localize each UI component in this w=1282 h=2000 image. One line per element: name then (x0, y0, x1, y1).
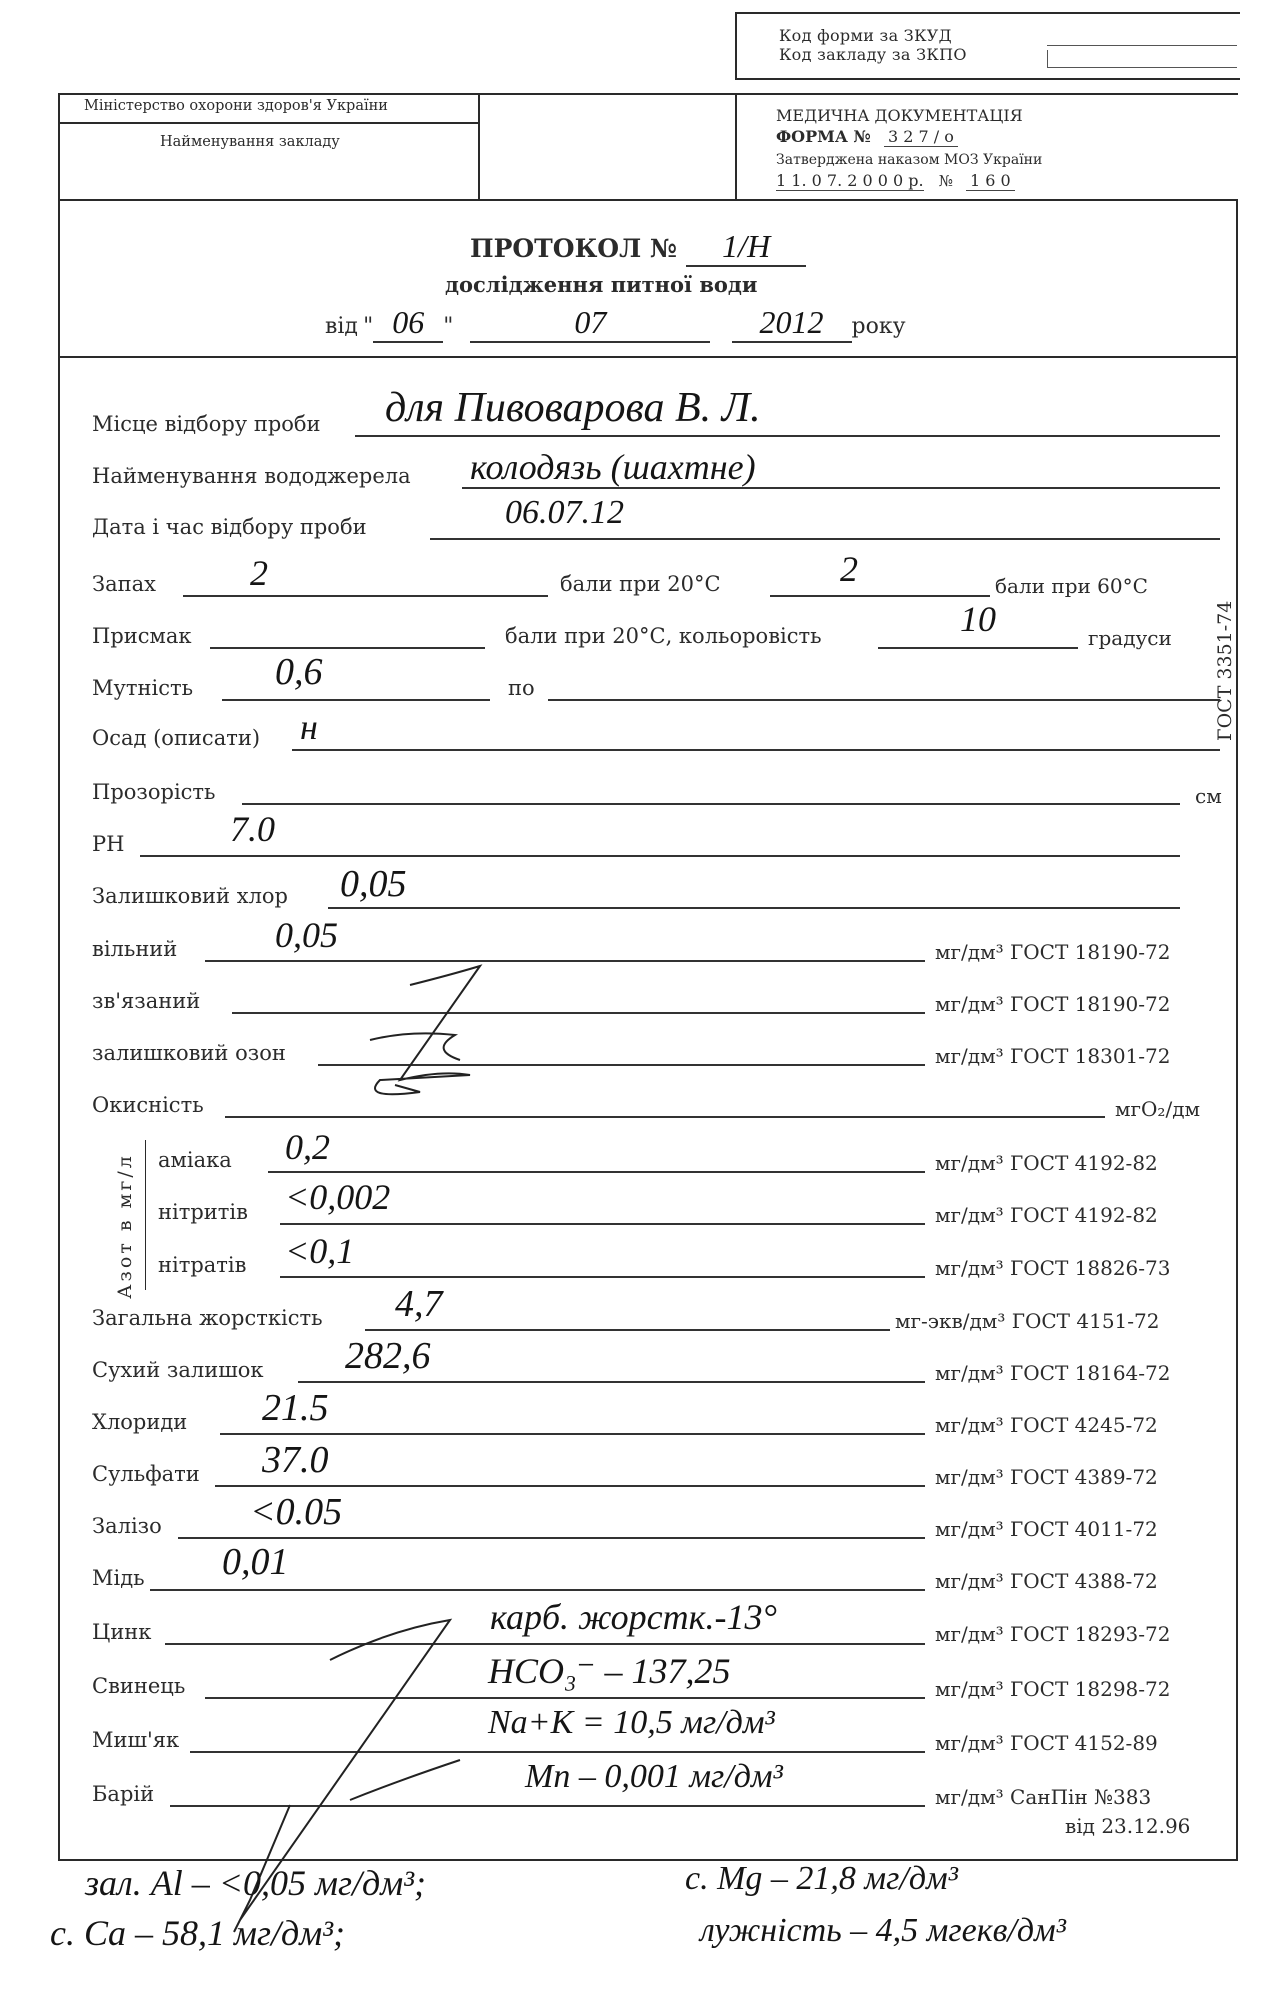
note-line2-left: с. Ca – 58,1 мг/дм³; (50, 1912, 345, 1954)
order-number-label: № (939, 172, 953, 190)
order-number: 1 6 0 (966, 171, 1015, 191)
sampling-datetime-label: Дата і час відбору проби (92, 515, 367, 539)
nitrites-unit: мг/дм³ ГОСТ 4192-82 (935, 1203, 1158, 1227)
transparency-unit: см (1195, 784, 1222, 808)
chlorides-unit: мг/дм³ ГОСТ 4245-72 (935, 1413, 1158, 1437)
approved-by-label: Затверджена наказом МОЗ України (776, 152, 1042, 168)
lead-unit: мг/дм³ ГОСТ 18298-72 (935, 1677, 1171, 1701)
ph-line[interactable] (140, 855, 1180, 857)
ministry-divider (58, 122, 480, 124)
barium-unit: мг/дм³ СанПін №383 (935, 1785, 1151, 1809)
color-line[interactable] (878, 647, 1078, 649)
sampling-place-label: Місце відбору проби (92, 412, 321, 436)
odor-20-unit: бали при 20°С (560, 572, 721, 596)
odor-20-line[interactable] (183, 595, 548, 597)
taste-line[interactable] (210, 647, 485, 649)
bound-chlorine-unit: мг/дм³ ГОСТ 18190-72 (935, 992, 1171, 1016)
protocol-day[interactable]: 06 (373, 304, 443, 343)
total-hardness-unit: мг-экв/дм³ ГОСТ 4151-72 (895, 1309, 1159, 1333)
med-doc-title: МЕДИЧНА ДОКУМЕНТАЦІЯ (776, 106, 1023, 125)
chlorides-label: Хлориди (92, 1410, 187, 1434)
form-number-value: 3 2 7 / о (884, 127, 958, 147)
nitrites-value: <0,002 (285, 1176, 390, 1218)
form-number-row: ФОРМА № 3 2 7 / о (776, 127, 958, 146)
institution-code-label: Код закладу за ЗКПО (779, 45, 967, 64)
lead-label: Свинець (92, 1674, 185, 1698)
barium-value: Mn – 0,001 мг/дм³ (525, 1758, 783, 1796)
quote-open: " (363, 314, 373, 339)
date-prefix: від (325, 314, 358, 339)
arsenic-value: Na+K = 10,5 мг/дм³ (488, 1704, 775, 1742)
turbidity-by-label: по (508, 676, 535, 700)
sulfates-unit: мг/дм³ ГОСТ 4389-72 (935, 1465, 1158, 1489)
nitrites-label: нітритів (158, 1200, 248, 1224)
odor-60-unit: бали при 60°С (995, 574, 1148, 598)
note-line1-right: с. Mg – 21,8 мг/дм³ (685, 1860, 958, 1898)
protocol-year[interactable]: 2012 (732, 304, 852, 343)
bound-chlorine-label: зв'язаний (92, 989, 200, 1013)
zinc-unit: мг/дм³ ГОСТ 18293-72 (935, 1622, 1171, 1646)
copper-unit: мг/дм³ ГОСТ 4388-72 (935, 1569, 1158, 1593)
odor-60-line[interactable] (770, 595, 990, 597)
odor-60-value: 2 (840, 548, 858, 590)
sampling-place-value: для Пивоварова В. Л. (385, 384, 761, 432)
nitrites-line[interactable] (280, 1223, 925, 1225)
copper-line[interactable] (150, 1589, 925, 1591)
frame-right-edge (1236, 200, 1238, 1861)
ph-label: РН (92, 832, 124, 856)
zinc-label: Цинк (92, 1620, 151, 1644)
residual-ozone-line[interactable] (318, 1064, 925, 1066)
sediment-line[interactable] (292, 749, 1220, 751)
ammonia-label: аміака (158, 1148, 232, 1172)
total-hardness-label: Загальна жорсткість (92, 1306, 323, 1330)
residual-chlorine-line[interactable] (328, 907, 1180, 909)
protocol-subtitle: дослідження питної води (445, 272, 758, 297)
oxidability-unit: мгО₂/дм (1115, 1097, 1200, 1121)
transparency-line[interactable] (242, 803, 1180, 805)
free-chlorine-unit: мг/дм³ ГОСТ 18190-72 (935, 940, 1171, 964)
turbidity-value: 0,6 (275, 650, 323, 694)
approved-date: 1 1. 0 7. 2 0 0 0 р. (776, 171, 924, 191)
dry-residue-label: Сухий залишок (92, 1358, 264, 1382)
sulfates-line[interactable] (215, 1485, 925, 1487)
residual-chlorine-value: 0,05 (340, 862, 407, 906)
nitrates-line[interactable] (280, 1276, 925, 1278)
iron-label: Залізо (92, 1514, 162, 1538)
protocol-title-row: ПРОТОКОЛ № 1/Н (470, 228, 806, 267)
sediment-label: Осад (описати) (92, 726, 260, 750)
taste-unit: бали при 20°С, кольоровість (505, 624, 822, 648)
odor-label: Запах (92, 572, 156, 596)
note-line2-right: лужність – 4,5 мгекв/дм³ (700, 1912, 1066, 1950)
turbidity-line[interactable] (222, 699, 490, 701)
sulfates-label: Сульфати (92, 1462, 200, 1486)
approved-date-row: 1 1. 0 7. 2 0 0 0 р. № 1 6 0 (776, 171, 1015, 190)
copper-label: Мідь (92, 1566, 145, 1590)
quote-close: " (443, 314, 453, 339)
bound-chlorine-line[interactable] (232, 1012, 925, 1014)
year-suffix: року (852, 314, 906, 339)
color-unit: градуси (1088, 626, 1172, 650)
institution-code-cells[interactable] (1047, 50, 1237, 68)
color-value: 10 (960, 598, 996, 640)
nitrates-unit: мг/дм³ ГОСТ 18826-73 (935, 1256, 1171, 1280)
ministry-name: Міністерство охорони здоров'я України (84, 98, 388, 114)
dry-residue-unit: мг/дм³ ГОСТ 18164-72 (935, 1361, 1171, 1385)
protocol-number[interactable]: 1/Н (686, 228, 806, 267)
title-bottom-divider (58, 356, 1238, 358)
dry-residue-value: 282,6 (345, 1334, 431, 1378)
oxidability-label: Окисність (92, 1093, 204, 1117)
free-chlorine-value: 0,05 (275, 914, 338, 956)
sediment-value: н (300, 706, 318, 748)
water-source-value: колодязь (шахтне) (470, 446, 756, 488)
barium-label: Барій (92, 1782, 154, 1806)
nitrogen-group-bracket (145, 1140, 146, 1290)
code-box: Код форми за ЗКУД Код закладу за ЗКПО (735, 12, 1240, 80)
ammonia-value: 0,2 (285, 1126, 330, 1168)
barium-line[interactable] (170, 1805, 925, 1807)
side-standard-label: ГОСТ 3351-74 (1214, 601, 1236, 741)
turbidity-by-line[interactable] (548, 699, 1220, 701)
free-chlorine-label: вільний (92, 937, 177, 961)
institution-name-label: Найменування закладу (160, 134, 340, 150)
nitrogen-group-label: Азот в мг/л (114, 1151, 136, 1301)
ph-value: 7.0 (230, 808, 275, 850)
sampling-datetime-value: 06.07.12 (505, 494, 624, 532)
chlorides-value: 21.5 (262, 1386, 329, 1430)
iron-unit: мг/дм³ ГОСТ 4011-72 (935, 1517, 1158, 1541)
residual-ozone-label: залишковий озон (92, 1041, 286, 1065)
nitrates-value: <0,1 (285, 1230, 354, 1272)
turbidity-label: Мутність (92, 676, 193, 700)
med-doc-box-left (735, 93, 737, 201)
residual-ozone-unit: мг/дм³ ГОСТ 18301-72 (935, 1044, 1171, 1068)
arsenic-unit: мг/дм³ ГОСТ 4152-89 (935, 1731, 1158, 1755)
taste-label: Присмак (92, 624, 192, 648)
ministry-box-right (478, 93, 480, 201)
arsenic-label: Миш'як (92, 1728, 179, 1752)
transparency-label: Прозорість (92, 780, 215, 804)
barium-unit-date: від 23.12.96 (1065, 1814, 1190, 1838)
dry-residue-line[interactable] (298, 1381, 925, 1383)
iron-line[interactable] (178, 1537, 925, 1539)
protocol-date-row: від "06" 07 2012року (325, 304, 906, 344)
form-code-label: Код форми за ЗКУД (779, 26, 952, 45)
water-source-label: Найменування вододжерела (92, 464, 411, 488)
note-line1-left: зал. Al – <0,05 мг/дм³; (85, 1862, 426, 1904)
form-code-cells[interactable] (1047, 28, 1237, 46)
arsenic-line[interactable] (190, 1751, 925, 1753)
zinc-line[interactable] (165, 1643, 925, 1645)
lead-value: HCO₃⁻ – 137,25 (488, 1650, 731, 1692)
iron-value: <0.05 (250, 1490, 342, 1534)
odor-20-value: 2 (250, 552, 268, 594)
sampling-place-line[interactable] (355, 435, 1220, 437)
residual-chlorine-label: Залишковий хлор (92, 884, 288, 908)
copper-value: 0,01 (222, 1540, 289, 1584)
ammonia-line[interactable] (268, 1171, 925, 1173)
protocol-month[interactable]: 07 (470, 304, 710, 343)
nitrates-label: нітратів (158, 1253, 246, 1277)
total-hardness-value: 4,7 (395, 1282, 443, 1326)
lead-line[interactable] (205, 1697, 925, 1699)
ammonia-unit: мг/дм³ ГОСТ 4192-82 (935, 1151, 1158, 1175)
form-number-label: ФОРМА № (776, 127, 871, 146)
oxidability-line[interactable] (225, 1116, 1105, 1118)
sulfates-value: 37.0 (262, 1438, 329, 1482)
chlorides-line[interactable] (220, 1433, 925, 1435)
zinc-value: карб. жорстк.-13° (490, 1596, 777, 1638)
total-hardness-line[interactable] (365, 1329, 890, 1331)
protocol-title: ПРОТОКОЛ № (470, 234, 677, 263)
free-chlorine-line[interactable] (205, 960, 925, 962)
header-bottom-divider (58, 199, 1238, 201)
sampling-datetime-line[interactable] (430, 538, 1220, 540)
